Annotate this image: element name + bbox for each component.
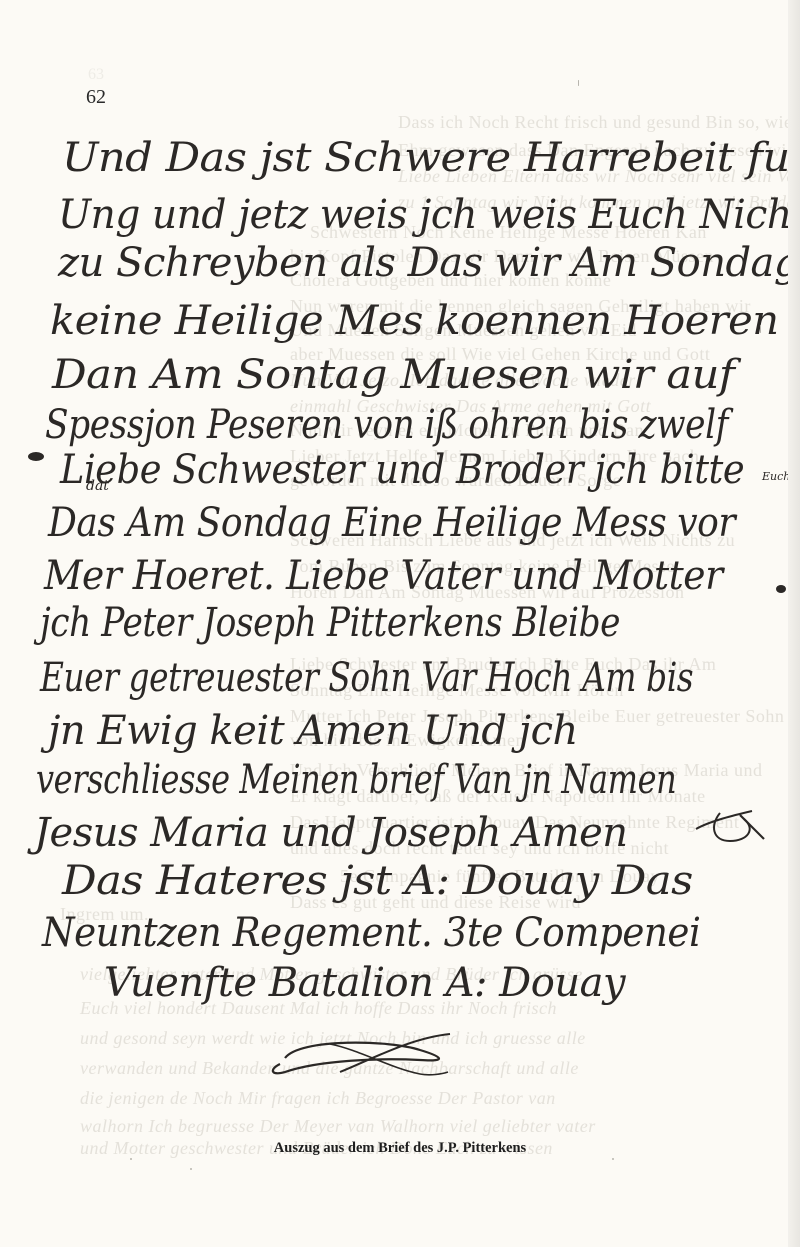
faint-page-number: 63 — [88, 66, 104, 84]
bleed-line: Dass ich Noch Recht frisch und gesund Bi… — [398, 112, 800, 133]
speck — [612, 1158, 614, 1160]
letter-line: Und Das jst Schwere Harrebeit fuer — [62, 135, 800, 181]
ink-blot — [776, 585, 786, 593]
page-edge — [788, 0, 800, 1247]
letter-line: Das Hateres jst A: Douay Das — [62, 858, 693, 904]
page-number: 62 — [86, 86, 106, 109]
amen-flourish-icon — [690, 805, 770, 855]
margin-note-inserted: dat — [86, 478, 109, 494]
signature-flourish-icon — [180, 1030, 480, 1090]
ink-blot — [28, 452, 44, 461]
letter-line: Dan Am Sontag Muesen wir auf — [52, 352, 734, 398]
speck — [760, 325, 761, 333]
letter-line: keine Heilige Mes koennen Hoeren — [50, 298, 779, 344]
letter-line: Mer Hoeret. Liebe Vater und Motter — [44, 553, 723, 599]
letter-line: Vuenfte Batalion A: Douay — [104, 960, 625, 1006]
letter-line: Das Am Sondag Eine Heilige Mess vor — [48, 500, 735, 546]
speck — [190, 1168, 192, 1170]
book-page: Dass ich Noch Recht frisch und gesund Bi… — [0, 0, 800, 1247]
letter-line: Ung und jetz weis jch weis Euch Nichts — [58, 192, 800, 238]
letter-line: Liebe Schwester und Broder jch bitte — [60, 447, 744, 493]
letter-line: jch Peter Joseph Pitterkens Bleibe — [40, 600, 620, 646]
letter-line: Neuntzen Regement. 3te Compenei — [42, 910, 700, 956]
letter-line: jn Ewig keit Amen Und jch — [48, 708, 578, 754]
bleed-line: die jenigen de Noch Mir fragen ich Begro… — [80, 1088, 556, 1109]
figure-caption: Auszug aus dem Brief des J.P. Pitterkens — [0, 1140, 800, 1157]
speck — [130, 1158, 132, 1160]
speck — [578, 80, 579, 86]
margin-note-right: Euch — [762, 470, 790, 483]
letter-line: verschliesse Meinen brief Van jn Namen — [36, 757, 676, 803]
letter-line: Spessjon Peseren von iß ohren bis zwelf — [45, 402, 728, 448]
bleed-line: walhorn Ich begruesse Der Meyer van Walh… — [80, 1116, 596, 1137]
letter-line: zu Schreyben als Das wir Am Sondag — [58, 240, 799, 286]
letter-line: Euer getreuester Sohn Var Hoch Am bis — [40, 655, 693, 701]
letter-line: Jesus Maria und Joseph Amen — [34, 810, 628, 856]
